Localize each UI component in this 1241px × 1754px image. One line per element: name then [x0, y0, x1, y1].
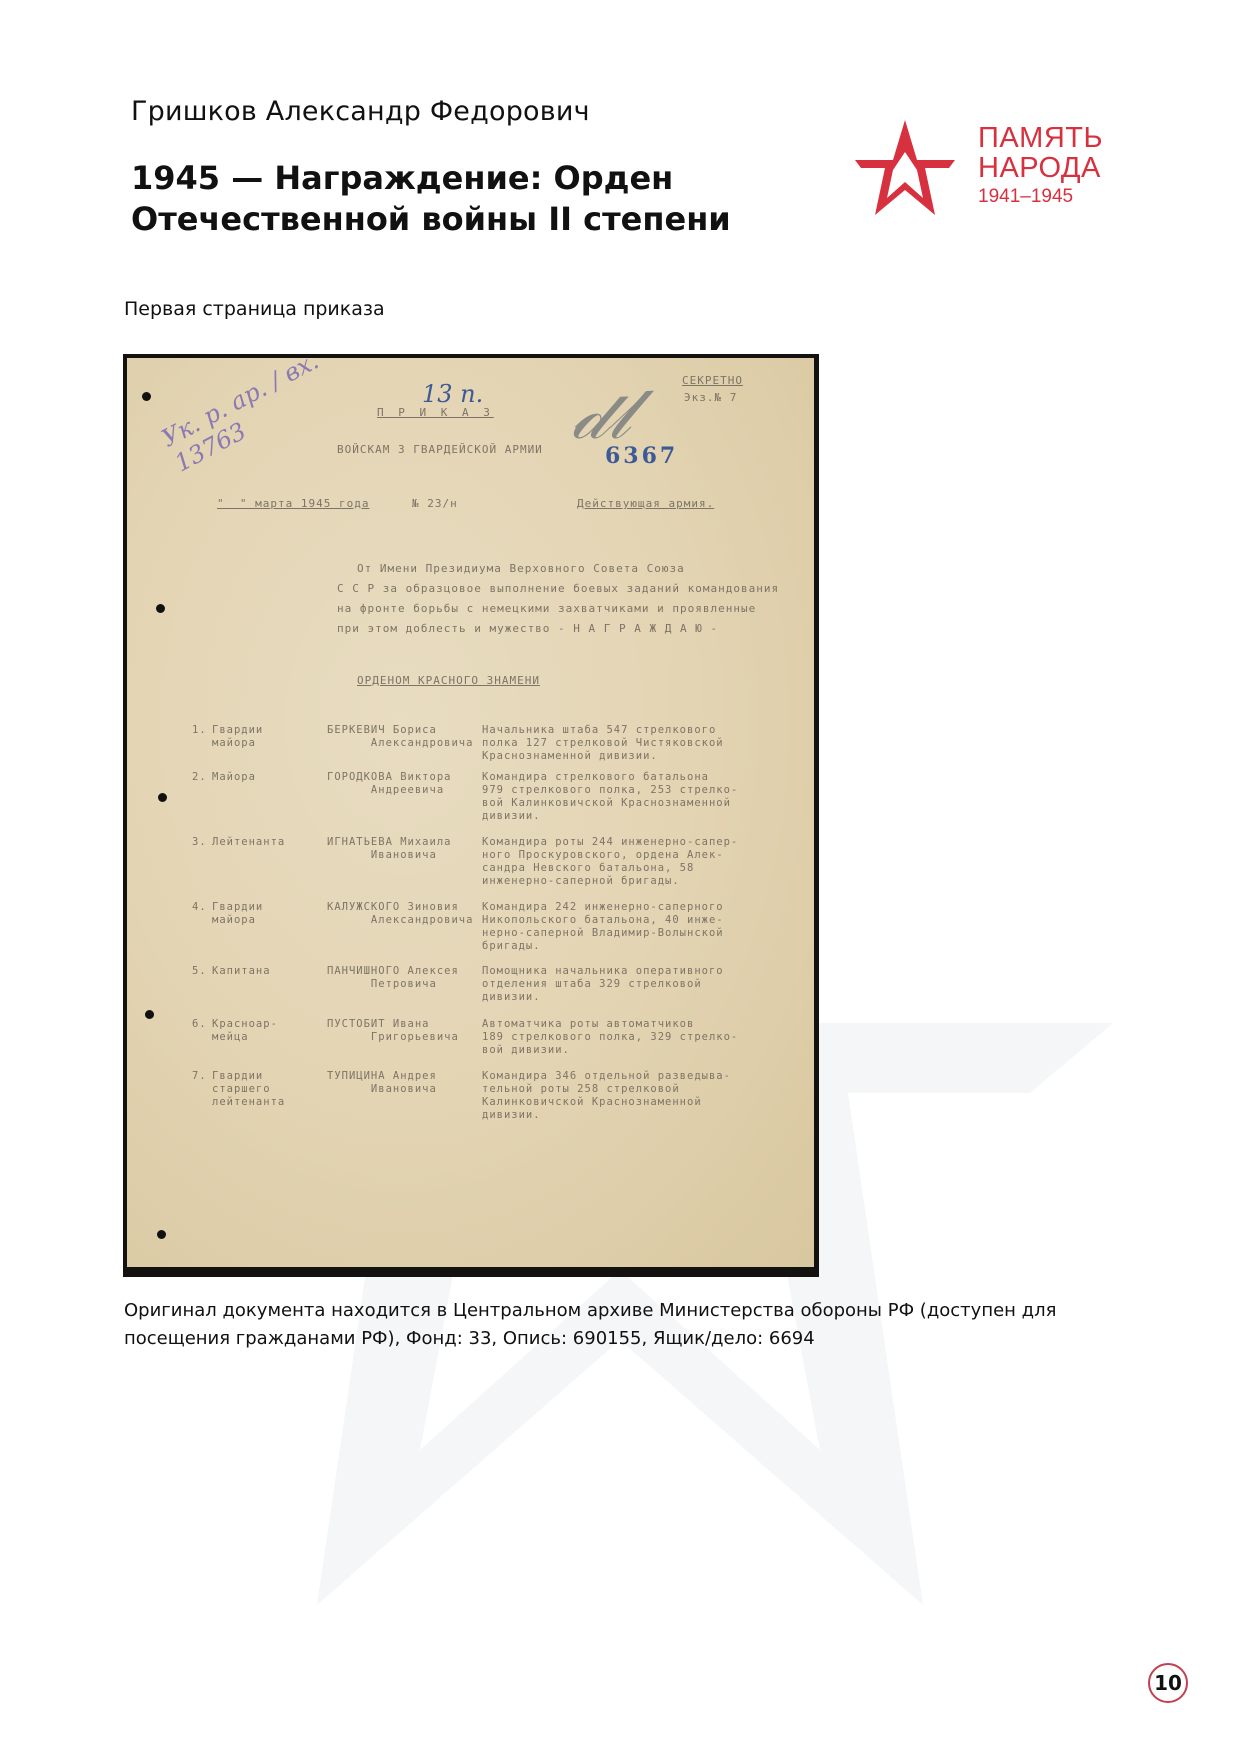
- entry-rank: Капитана: [212, 965, 271, 978]
- order-location: Действующая армия.: [577, 497, 714, 510]
- entry-rank: Красноар- мейца: [212, 1018, 278, 1044]
- preamble-line: От Имени Президиума Верховного Совета Со…: [357, 562, 685, 575]
- entry-name: ПАНЧИШНОГО Алексея Петровича: [327, 965, 459, 991]
- entry-position: Начальника штаба 547 стрелкового полка 1…: [482, 724, 724, 763]
- entry-rank: Лейтенанта: [212, 836, 285, 849]
- document-paper: 13 п. Ук. р. ар. / вх. 13763 𝒹𝓁 СЕКРЕТНО…: [127, 358, 814, 1267]
- entry-rank: Гвардии старшего лейтенанта: [212, 1070, 285, 1109]
- page-number: 10: [1148, 1663, 1188, 1703]
- entry-position: Командира 346 отдельной разведыва- тельн…: [482, 1070, 731, 1122]
- order-heading: ОРДЕНОМ КРАСНОГО ЗНАМЕНИ: [357, 674, 540, 687]
- entry-name: ИГНАТЬЕВА Михаила Ивановича: [327, 836, 451, 862]
- logo-title-line1: ПАМЯТЬ: [978, 123, 1103, 153]
- entry-position: Командира роты 244 инженерно-сапер- ного…: [482, 836, 738, 888]
- handwritten-margin-note: Ук. р. ар. / вх. 13763: [157, 354, 378, 477]
- entry-rank: Гвардии майора: [212, 901, 263, 927]
- award-title: 1945 — Награждение: Орден Отечественной …: [131, 158, 771, 240]
- entry-number: 7.: [192, 1070, 207, 1083]
- preamble-line: на фронте борьбы с немецкими захватчикам…: [337, 602, 756, 615]
- entry-name: ГОРОДКОВА Виктора Андреевича: [327, 771, 451, 797]
- logo-years: 1941–1945: [978, 183, 1103, 211]
- pamyat-naroda-logo: ПАМЯТЬ НАРОДА 1941–1945: [850, 116, 1130, 221]
- order-date: " " марта 1945 года: [217, 497, 369, 510]
- copy-number: Экз.№ 7: [684, 391, 737, 404]
- entry-name: БЕРКЕВИЧ Бориса Александровича: [327, 724, 473, 750]
- red-star-icon: [853, 118, 957, 218]
- entry-name: КАЛУЖСКОГО Зиновия Александровича: [327, 901, 473, 927]
- person-name: Гришков Александр Федорович: [131, 96, 590, 127]
- punch-hole: [157, 1230, 166, 1239]
- entry-number: 3.: [192, 836, 207, 849]
- entry-rank: Гвардии майора: [212, 724, 263, 750]
- punch-hole: [156, 604, 165, 613]
- preamble-line: при этом доблесть и мужество - Н А Г Р А…: [337, 622, 718, 635]
- order-number: № 23/н: [412, 497, 458, 510]
- entry-rank: Майора: [212, 771, 256, 784]
- punch-hole: [158, 793, 167, 802]
- entry-number: 6.: [192, 1018, 207, 1031]
- logo-title-line2: НАРОДА: [978, 153, 1103, 183]
- entry-name: ПУСТОБИТ Ивана Григорьевича: [327, 1018, 459, 1044]
- document-scan-image: 13 п. Ук. р. ар. / вх. 13763 𝒹𝓁 СЕКРЕТНО…: [123, 354, 819, 1277]
- entry-position: Командира стрелкового батальона 979 стре…: [482, 771, 738, 823]
- archive-caption: Оригинал документа находится в Центральн…: [124, 1297, 1114, 1353]
- logo-text: ПАМЯТЬ НАРОДА 1941–1945: [978, 123, 1103, 211]
- preamble-line: С С Р за образцовое выполнение боевых за…: [337, 582, 779, 595]
- entry-name: ТУПИЦИНА Андрея Ивановича: [327, 1070, 437, 1096]
- order-addressee: ВОЙСКАМ 3 ГВАРДЕЙСКОЙ АРМИИ: [337, 443, 543, 456]
- handwritten-note-top: 13 п.: [422, 380, 483, 408]
- entry-number: 1.: [192, 724, 207, 737]
- entry-position: Помощника начальника оперативного отделе…: [482, 965, 724, 1004]
- entry-number: 2.: [192, 771, 207, 784]
- entry-number: 4.: [192, 901, 207, 914]
- punch-hole: [142, 392, 151, 401]
- entry-number: 5.: [192, 965, 207, 978]
- secrecy-label: СЕКРЕТНО: [682, 374, 743, 387]
- registration-stamp: 6367: [605, 443, 678, 469]
- entry-position: Командира 242 инженерно-саперного Никопо…: [482, 901, 724, 953]
- entry-position: Автоматчика роты автоматчиков 189 стрелк…: [482, 1018, 738, 1057]
- order-title: П Р И К А З: [377, 406, 494, 419]
- section-label: Первая страница приказа: [124, 298, 385, 320]
- punch-hole: [145, 1010, 154, 1019]
